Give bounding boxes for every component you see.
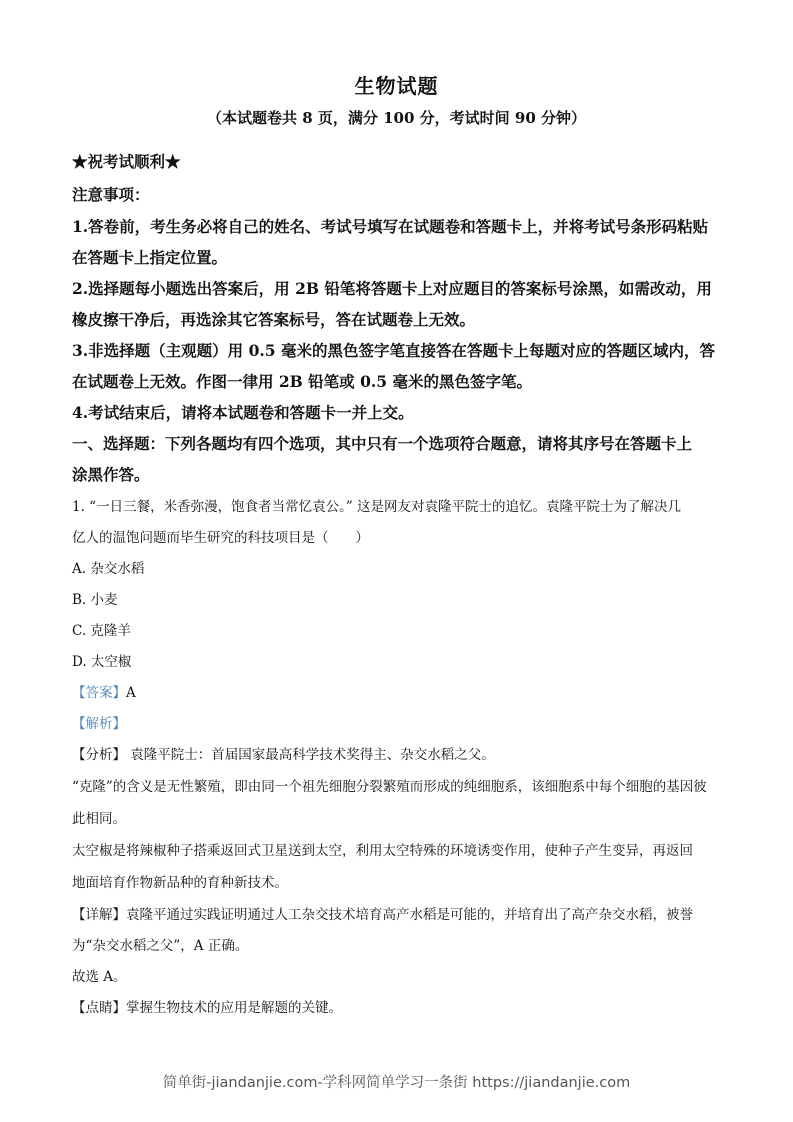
detail-label: 【详解】 bbox=[72, 907, 126, 923]
option-c: C. 克隆羊 bbox=[72, 619, 724, 639]
notice-line: 在试题卷上无效。作图一律用 2B 铅笔或 0.5 毫米的黑色签字笔。 bbox=[72, 370, 724, 392]
explanation-line: 地面培育作物新品种的育种新技术。 bbox=[72, 871, 724, 891]
answer-value: A bbox=[126, 685, 136, 701]
footer-watermark: 简单街-jiandanjie.com-学科网简单学习一条街 https://ji… bbox=[0, 1071, 793, 1092]
notice-line: 4.考试结束后，请将本试题卷和答题卡一并上交。 bbox=[72, 401, 724, 423]
tip-label: 【点睛】 bbox=[72, 1000, 126, 1016]
tip-text: 掌握生物技术的应用是解题的关键。 bbox=[126, 1000, 342, 1016]
explanation-line: 太空椒是将辣椒种子搭乘返回式卫星送到太空，利用太空特殊的环境诱变作用，使种子产生… bbox=[72, 839, 724, 859]
fenxi-line: 【分析】 袁隆平院士：首届国家最高科学技术奖得主、杂交水稻之父。 bbox=[72, 743, 724, 763]
question-stem: 1. “一日三餐，米香弥漫，饱食者当常忆袁公。” 这是网友对袁隆平院士的追忆。袁… bbox=[72, 495, 724, 515]
fenxi-label: 【分析】 bbox=[72, 747, 126, 763]
notice-line: 3.非选择题（主观题）用 0.5 毫米的黑色签字笔直接答在答题卡上每题对应的答题… bbox=[72, 339, 724, 361]
notice-line: 在答题卡上指定位置。 bbox=[72, 246, 724, 268]
answer-label: 【答案】 bbox=[72, 685, 126, 701]
section-heading: 一、选择题：下列各题均有四个选项，其中只有一个选项符合题意，请将其序号在答题卡上 bbox=[72, 432, 724, 454]
question-stem: 亿人的温饱问题而毕生研究的科技项目是（ ） bbox=[72, 526, 724, 546]
option-a: A. 杂交水稻 bbox=[72, 557, 724, 577]
notice-line: 橡皮擦干净后，再选涂其它答案标号，答在试题卷上无效。 bbox=[72, 308, 724, 330]
fenxi-text: 袁隆平院士：首届国家最高科学技术奖得主、杂交水稻之父。 bbox=[126, 747, 495, 763]
explanation-line: 此相同。 bbox=[72, 807, 724, 827]
detail-line: 为“杂交水稻之父”，A 正确。 bbox=[72, 934, 724, 954]
notice-heading: 注意事项： bbox=[72, 183, 724, 205]
tip-line: 【点睛】掌握生物技术的应用是解题的关键。 bbox=[72, 996, 724, 1016]
greeting: ★祝考试顺利★ bbox=[72, 150, 724, 172]
option-b: B. 小麦 bbox=[72, 588, 724, 608]
notice-line: 2.选择题每小题选出答案后，用 2B 铅笔将答题卡上对应题目的答案标号涂黑，如需… bbox=[72, 277, 724, 299]
option-d: D. 太空椒 bbox=[72, 650, 724, 670]
analysis-label: 【解析】 bbox=[72, 712, 724, 732]
detail-text: 袁隆平通过实践证明通过人工杂交技术培育高产水稻是可能的，并培育出了高产杂交水稻，… bbox=[126, 907, 693, 923]
conclusion: 故选 A。 bbox=[72, 965, 724, 985]
page-title: 生物试题 bbox=[0, 70, 793, 99]
document-page: 生物试题 （本试题卷共 8 页，满分 100 分，考试时间 90 分钟） ★祝考… bbox=[0, 0, 793, 1122]
explanation-line: “克隆”的含义是无性繁殖，即由同一个祖先细胞分裂繁殖而形成的纯细胞系，该细胞系中… bbox=[72, 775, 724, 795]
page-subtitle: （本试题卷共 8 页，满分 100 分，考试时间 90 分钟） bbox=[0, 107, 793, 128]
answer-line: 【答案】A bbox=[72, 681, 724, 701]
notice-line: 1.答卷前，考生务必将自己的姓名、考试号填写在试题卷和答题卡上，并将考试号条形码… bbox=[72, 215, 724, 237]
detail-line: 【详解】袁隆平通过实践证明通过人工杂交技术培育高产水稻是可能的，并培育出了高产杂… bbox=[72, 903, 724, 923]
section-heading: 涂黑作答。 bbox=[72, 463, 724, 485]
